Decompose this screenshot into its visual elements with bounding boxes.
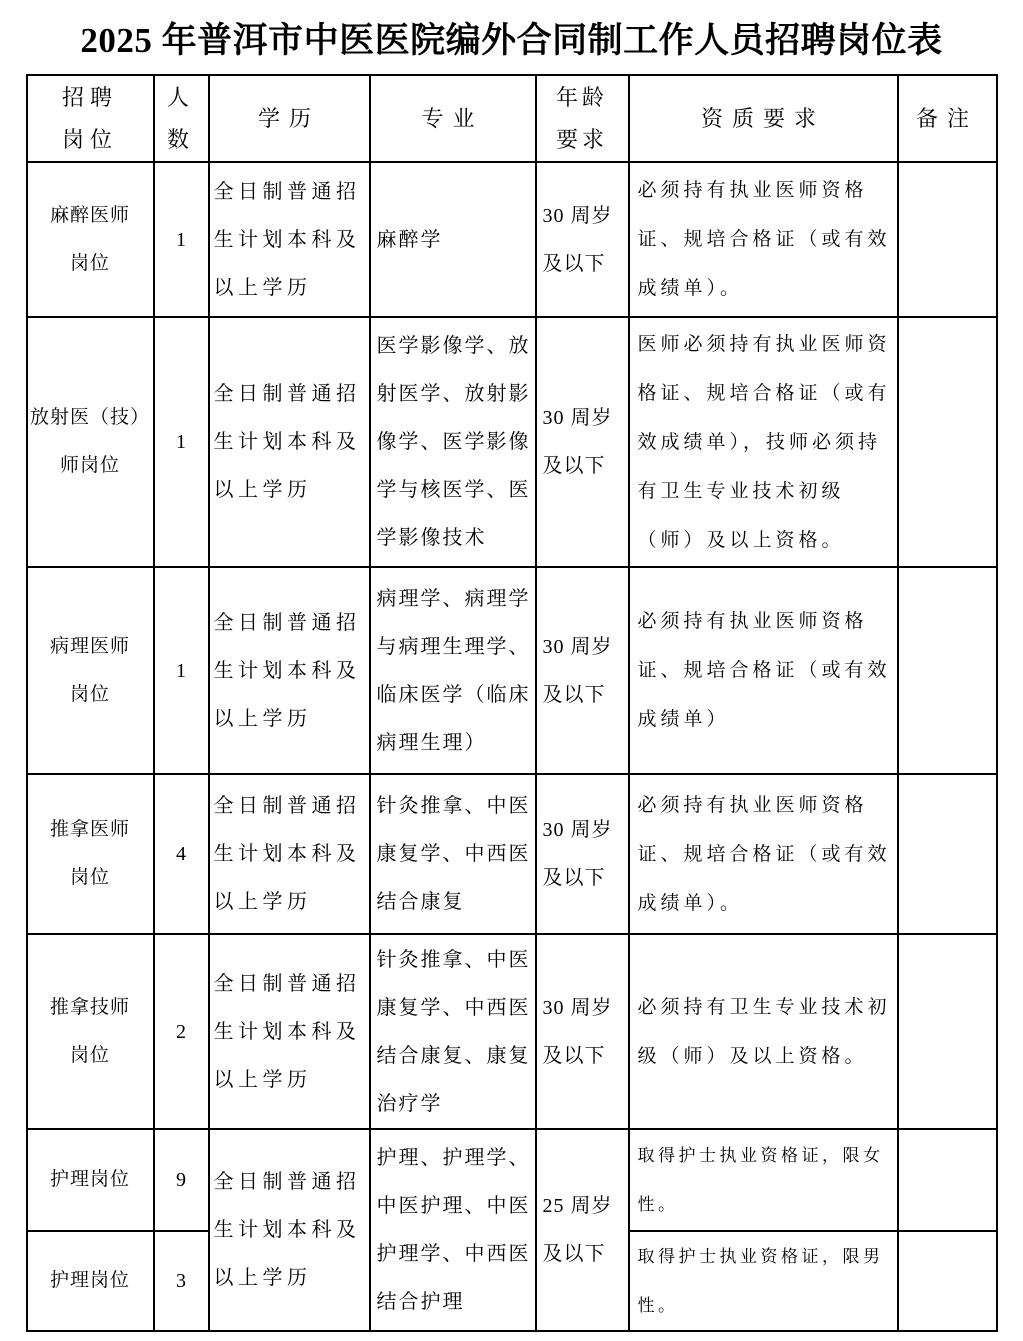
count-cell: 3 [154, 1231, 209, 1331]
table-row: 推拿技师 岗位 2 全日制普通招生计划本科及以上学历 针灸推拿、中医康复学、中西… [27, 934, 997, 1129]
header-remark: 备注 [898, 75, 997, 162]
remark-cell [898, 317, 997, 567]
remark-cell [898, 1231, 997, 1331]
major-cell: 针灸推拿、中医康复学、中西医结合康复 [370, 774, 536, 934]
age-cell: 30 周岁及以下 [536, 934, 629, 1129]
header-major: 专业 [370, 75, 536, 162]
age-cell: 30 周岁及以下 [536, 317, 629, 567]
education-cell: 全日制普通招生计划本科及以上学历 [209, 317, 370, 567]
age-cell: 30 周岁及以下 [536, 774, 629, 934]
age-cell: 25 周岁及以下 [536, 1129, 629, 1331]
table-row: 护理岗位 9 全日制普通招生计划本科及以上学历 护理、护理学、中医护理、中医护理… [27, 1129, 997, 1231]
major-cell: 麻醉学 [370, 162, 536, 317]
count-cell: 1 [154, 317, 209, 567]
qualification-cell: 必须持有执业医师资格证、规培合格证（或有效成绩单）。 [629, 774, 898, 934]
count-cell: 1 [154, 567, 209, 774]
education-cell: 全日制普通招生计划本科及以上学历 [209, 934, 370, 1129]
table-row: 麻醉医师 岗位 1 全日制普通招生计划本科及以上学历 麻醉学 30 周岁及以下 … [27, 162, 997, 317]
position-cell: 推拿技师 岗位 [27, 934, 154, 1129]
major-cell: 病理学、病理学与病理生理学、临床医学（临床病理生理） [370, 567, 536, 774]
table-row: 病理医师 岗位 1 全日制普通招生计划本科及以上学历 病理学、病理学与病理生理学… [27, 567, 997, 774]
count-cell: 1 [154, 162, 209, 317]
header-qualification: 资质要求 [629, 75, 898, 162]
header-position: 招聘 岗位 [27, 75, 154, 162]
age-cell: 30 周岁及以下 [536, 567, 629, 774]
qualification-cell: 医师必须持有执业医师资格证、规培合格证（或有效成绩单），技师必须持有卫生专业技术… [629, 317, 898, 567]
position-cell: 放射医（技） 师岗位 [27, 317, 154, 567]
qualification-cell: 取得护士执业资格证，限男性。 [629, 1231, 898, 1331]
position-cell: 麻醉医师 岗位 [27, 162, 154, 317]
remark-cell [898, 162, 997, 317]
count-cell: 9 [154, 1129, 209, 1231]
recruitment-table: 招聘 岗位 人 数 学历 专业 年龄 要求 资质要求 备注 麻醉医师 岗位 1 … [26, 74, 998, 1332]
count-cell: 4 [154, 774, 209, 934]
header-count: 人 数 [154, 75, 209, 162]
education-cell: 全日制普通招生计划本科及以上学历 [209, 774, 370, 934]
major-cell: 针灸推拿、中医康复学、中西医结合康复、康复治疗学 [370, 934, 536, 1129]
table-header-row: 招聘 岗位 人 数 学历 专业 年龄 要求 资质要求 备注 [27, 75, 997, 162]
header-age: 年龄 要求 [536, 75, 629, 162]
qualification-cell: 必须持有执业医师资格证、规培合格证（或有效成绩单）。 [629, 162, 898, 317]
remark-cell [898, 1129, 997, 1231]
table-row: 放射医（技） 师岗位 1 全日制普通招生计划本科及以上学历 医学影像学、放射医学… [27, 317, 997, 567]
qualification-cell: 取得护士执业资格证，限女性。 [629, 1129, 898, 1231]
position-cell: 护理岗位 [27, 1129, 154, 1231]
header-education: 学历 [209, 75, 370, 162]
table-row: 推拿医师 岗位 4 全日制普通招生计划本科及以上学历 针灸推拿、中医康复学、中西… [27, 774, 997, 934]
position-cell: 推拿医师 岗位 [27, 774, 154, 934]
qualification-cell: 必须持有执业医师资格证、规培合格证（或有效成绩单） [629, 567, 898, 774]
remark-cell [898, 934, 997, 1129]
education-cell: 全日制普通招生计划本科及以上学历 [209, 567, 370, 774]
age-cell: 30 周岁及以下 [536, 162, 629, 317]
document-page: 2025 年普洱市中医医院编外合同制工作人员招聘岗位表 招聘 岗位 人 数 学历… [0, 13, 1023, 1332]
qualification-cell: 必须持有卫生专业技术初级（师）及以上资格。 [629, 934, 898, 1129]
remark-cell [898, 567, 997, 774]
major-cell: 护理、护理学、中医护理、中医护理学、中西医结合护理 [370, 1129, 536, 1331]
education-cell: 全日制普通招生计划本科及以上学历 [209, 162, 370, 317]
page-title: 2025 年普洱市中医医院编外合同制工作人员招聘岗位表 [0, 13, 1023, 63]
remark-cell [898, 774, 997, 934]
position-cell: 护理岗位 [27, 1231, 154, 1331]
major-cell: 医学影像学、放射医学、放射影像学、医学影像学与核医学、医学影像技术 [370, 317, 536, 567]
count-cell: 2 [154, 934, 209, 1129]
education-cell: 全日制普通招生计划本科及以上学历 [209, 1129, 370, 1331]
position-cell: 病理医师 岗位 [27, 567, 154, 774]
